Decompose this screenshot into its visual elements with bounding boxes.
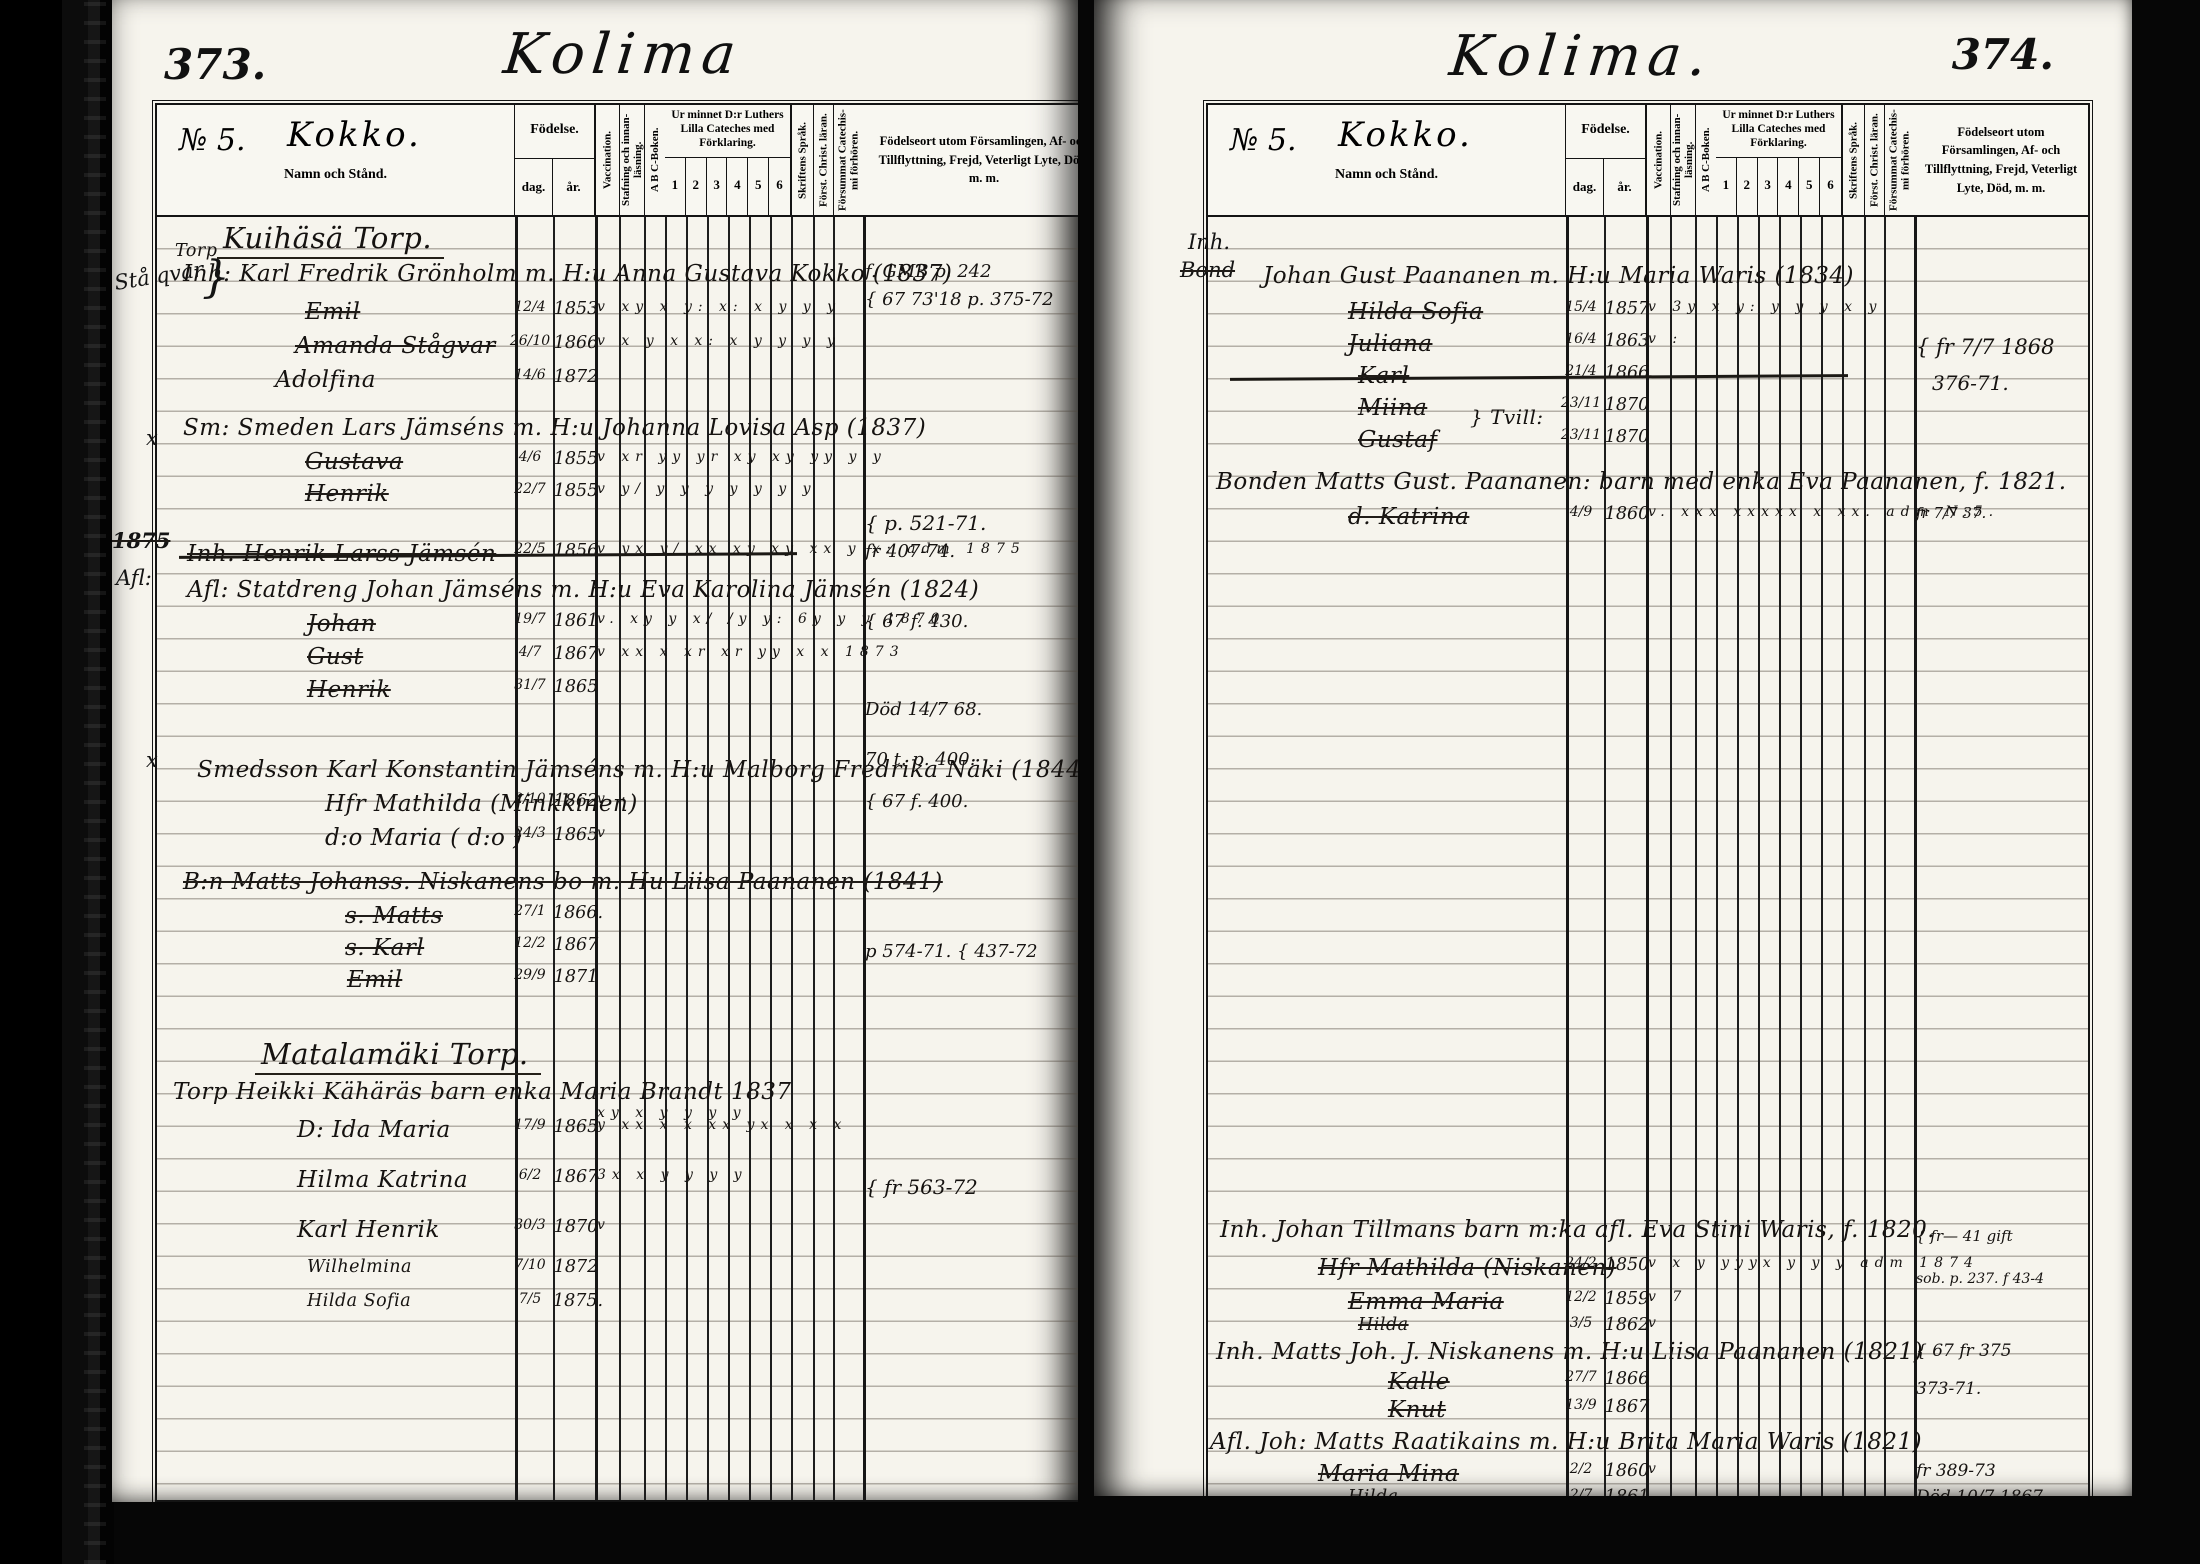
entry-name: Emil bbox=[305, 299, 360, 325]
note: { 67 fr 375 bbox=[1916, 1341, 2012, 1361]
col-scripture: Skriftens Språk. bbox=[791, 105, 813, 215]
running-title: Kolima bbox=[501, 22, 746, 87]
birth-year: 1872 bbox=[553, 1257, 599, 1277]
birth-year: 1870 bbox=[553, 1217, 599, 1237]
register-table-left: № 5. Kokko. Namn och Stånd. Födelse. dag… bbox=[155, 103, 1078, 1502]
exam-marks: v : bbox=[1648, 331, 1683, 347]
entry-name: Hilma Katrina bbox=[297, 1167, 468, 1193]
table-header: № 5. Kokko. Namn och Stånd. Födelse. dag… bbox=[157, 105, 1078, 217]
birth-year: 1862 bbox=[1604, 1315, 1650, 1335]
birth-year: 1860 bbox=[1604, 504, 1650, 524]
exam-marks: v bbox=[597, 1217, 611, 1233]
entry-name: Kalle bbox=[1388, 1369, 1450, 1395]
birth-day: 21/4 bbox=[1558, 363, 1604, 379]
birth-year: 1866 bbox=[1604, 363, 1650, 383]
exam-marks: v xr yy yr xy xy yy y y bbox=[597, 449, 887, 465]
entry-name: Bonden Matts Gust. Paananen: barn med en… bbox=[1216, 469, 2067, 495]
birth-day: 6/2 bbox=[507, 1167, 553, 1183]
scanned-spread: 373. Kolima Stå qvar } x 1875 Afl: x № 5… bbox=[0, 0, 2200, 1564]
birth-day: 15/4 bbox=[1558, 299, 1604, 315]
register-table-right: № 5. Kokko. Namn och Stånd. Födelse. dag… bbox=[1206, 103, 2090, 1496]
exam-marks: y xx x x xx yx x x x bbox=[597, 1117, 847, 1133]
birth-year: 1866 bbox=[1604, 1369, 1650, 1389]
entry-name: Inh. Henrik Larss Jämsén bbox=[187, 541, 496, 567]
note: fr 389-73 bbox=[1916, 1461, 1996, 1481]
birth-day: 7/10 bbox=[507, 1257, 553, 1273]
birth-year: 1853 bbox=[553, 299, 599, 319]
section-heading: Kuihäsä Torp. bbox=[217, 221, 444, 259]
note: { fr 563-72 bbox=[865, 1175, 978, 1199]
name-col-label: Namn och Stånd. bbox=[157, 167, 514, 183]
exam-marks: v bbox=[1648, 1315, 1662, 1331]
birth-day: 4/7 bbox=[507, 644, 553, 660]
entry-name: Inh: Karl Fredrik Grönholm m. H:u Anna G… bbox=[183, 261, 952, 287]
note: Död 10/7 1867 bbox=[1916, 1487, 2043, 1496]
entry-name: Gustava bbox=[305, 449, 403, 475]
col-name-header: № 5. Kokko. Namn och Stånd. bbox=[157, 105, 515, 215]
table-body: Johan Gust Paananen m. H:u Maria Waris (… bbox=[1208, 217, 2088, 1496]
col-year: år. bbox=[1604, 159, 1645, 215]
note: 373-71. bbox=[1916, 1379, 1981, 1399]
exam-marks: v y/ y y y y y y y bbox=[597, 481, 817, 497]
page-number: 373. bbox=[164, 40, 266, 89]
exam-marks: v bbox=[1648, 1461, 1662, 1477]
col-missed: Försummat Catechis- mi förhören. bbox=[833, 105, 863, 215]
note: f. GMB p. 242 bbox=[865, 261, 992, 282]
entry-name: Hilda bbox=[1358, 1315, 1409, 1335]
entry-name: Gust bbox=[307, 644, 363, 670]
col-name-header: № 5. Kokko. Namn och Stånd. bbox=[1208, 105, 1566, 215]
entry-name: Gustaf bbox=[1358, 427, 1437, 453]
margin-note-inh: Inh. bbox=[1188, 230, 1230, 254]
col-abc-book: A B C-Boken. bbox=[644, 105, 665, 215]
birth-year: 1860 bbox=[1604, 1461, 1650, 1481]
note: 70 t. p. 400. bbox=[865, 749, 975, 770]
entry-name: Afl. Joh: Matts Raatikains m. H:u Brita … bbox=[1210, 1429, 1922, 1455]
section-heading: Matalamäki Torp. bbox=[255, 1037, 541, 1075]
birth-day: 27/7 bbox=[1558, 1369, 1604, 1385]
col-notes: Födelseort utom Församlingen, Af- och Ti… bbox=[863, 105, 1078, 215]
birth-year: 1850 bbox=[1604, 1255, 1650, 1275]
entry-name: Afl: Statdreng Johan Jämséns m. H:u Eva … bbox=[187, 577, 979, 603]
margin-x: x bbox=[146, 426, 158, 450]
birth-year: 1855 bbox=[553, 449, 599, 469]
col-catechism: Ur minnet D:r Luthers Lilla Cateches med… bbox=[1716, 105, 1842, 215]
entry-name: Juliana bbox=[1348, 331, 1432, 357]
col-christianity: Först. Christ. läran. bbox=[813, 105, 833, 215]
entry-name: Karl Henrik bbox=[297, 1217, 440, 1243]
birth-day: 12/4 bbox=[507, 299, 553, 315]
birth-day: 26/10 bbox=[507, 333, 553, 349]
birth-year: 1872 bbox=[553, 367, 599, 387]
page-left: 373. Kolima Stå qvar } x 1875 Afl: x № 5… bbox=[112, 0, 1078, 1502]
entry-name: s. Karl bbox=[345, 935, 424, 961]
entry-name: Hilda bbox=[1348, 1487, 1399, 1496]
entry-name: Sm: Smeden Lars Jämséns m. H:u Johanna L… bbox=[183, 415, 926, 441]
birth-day: 2/2 bbox=[1558, 1461, 1604, 1477]
note: { fr— 41 gift bbox=[1916, 1227, 2013, 1245]
entry-name: Johan bbox=[307, 611, 376, 637]
entry-name: B:n Matts Johanss. Niskanens bo m. Hu Li… bbox=[183, 869, 943, 895]
birth-year: 1866 bbox=[553, 333, 599, 353]
entry-name: Miina bbox=[1358, 395, 1427, 421]
birth-day: 22/7 bbox=[507, 481, 553, 497]
birth-year: 1870 bbox=[1604, 395, 1650, 415]
birth-year: 1855 bbox=[553, 481, 599, 501]
margin-afl: Afl: bbox=[116, 566, 152, 590]
exam-marks: v bbox=[597, 825, 611, 841]
col-notes: Födelseort utom Församlingen, Af- och Ti… bbox=[1914, 105, 2088, 215]
exam-marks: v 3y x y: y y y x y bbox=[1648, 299, 1882, 315]
col-day: dag. bbox=[1566, 159, 1604, 215]
entry-name: Inh. Matts Joh. J. Niskanens m. H:u Liis… bbox=[1216, 1339, 1923, 1365]
birth-year: 1866. bbox=[553, 903, 599, 923]
exam-marks: v x y x x: x y y y y bbox=[597, 333, 841, 349]
entry-name: Knut bbox=[1388, 1397, 1446, 1423]
entry-name: d. Katrina bbox=[1348, 504, 1469, 530]
birth-day: 24/2 bbox=[1558, 1255, 1604, 1271]
birth-day: 2/10 bbox=[507, 791, 553, 807]
birth-day: 23/11 bbox=[1558, 427, 1604, 443]
entry-name: Hilda Sofia bbox=[307, 1291, 411, 1311]
birth-year: 1867 bbox=[553, 935, 599, 955]
birth-year: 1857 bbox=[1604, 299, 1650, 319]
col-day: dag. bbox=[515, 159, 553, 215]
birth-day: 2/7 bbox=[1558, 1487, 1604, 1496]
exam-marks: v 7 bbox=[1648, 1289, 1687, 1305]
birth-day: 14/6 bbox=[507, 367, 553, 383]
exam-marks: v xy x y: x: x y y y bbox=[597, 299, 841, 315]
birth-year: 1871 bbox=[553, 967, 599, 987]
birth-day: 4/6 bbox=[507, 449, 553, 465]
col-birth-header: Födelse. dag. år. bbox=[515, 105, 595, 215]
birth-day: 4/9 bbox=[1558, 504, 1604, 520]
series-number: № 5. bbox=[1230, 123, 1297, 158]
exam-marks: v yx y/ xx xy xy xx y x: adm 1875 bbox=[597, 541, 1026, 557]
note: Död 14/7 68. bbox=[865, 699, 982, 720]
birth-year: 1865 bbox=[553, 825, 599, 845]
col-spelling: Stafning och innan-läsning. bbox=[1670, 105, 1695, 215]
margin-x: x bbox=[146, 748, 158, 772]
table-body: Kuihäsä Torp. Torp Inh: Karl Fredrik Grö… bbox=[157, 217, 1078, 1500]
note: sob. p. 237. f 43-4 bbox=[1916, 1271, 2044, 1287]
note: { 67 f. 400. bbox=[865, 791, 968, 812]
col-christianity: Först. Christ. läran. bbox=[1864, 105, 1884, 215]
note: fr 7/7 37. bbox=[1916, 504, 1986, 522]
birth-year: 1861 bbox=[553, 611, 599, 631]
col-spelling: Stafning och innan-läsning. bbox=[619, 105, 644, 215]
entry-name: Maria Mina bbox=[1318, 1461, 1459, 1487]
birth-year: 1867 bbox=[553, 644, 599, 664]
birth-day: 17/9 bbox=[507, 1117, 553, 1133]
name-col-label: Namn och Stånd. bbox=[1208, 167, 1565, 183]
exam-marks: v · bbox=[597, 791, 632, 807]
exam-marks: v xx x xr xr yy x x 1873 bbox=[597, 644, 905, 660]
note: { fr 7/7 1868 bbox=[1916, 335, 2054, 359]
col-scripture: Skriftens Språk. bbox=[1842, 105, 1864, 215]
entry-name: Karl bbox=[1358, 363, 1409, 389]
note: { 67 73'18 p. 375-72 bbox=[865, 289, 1054, 310]
note: { 67 f. 430. bbox=[865, 611, 968, 632]
table-header: № 5. Kokko. Namn och Stånd. Födelse. dag… bbox=[1208, 105, 2088, 217]
birth-day: 19/7 bbox=[507, 611, 553, 627]
series-number: № 5. bbox=[179, 123, 246, 158]
birth-day: 29/9 bbox=[507, 967, 553, 983]
col-missed: Försummat Catechis- mi förhören. bbox=[1884, 105, 1914, 215]
birth-day: 12/2 bbox=[1558, 1289, 1604, 1305]
margin-note-bond: Bond bbox=[1180, 258, 1235, 282]
birth-year: 1865 bbox=[553, 677, 599, 697]
running-title: Kolima. bbox=[1447, 24, 1717, 89]
birth-day: 31/7 bbox=[507, 677, 553, 693]
note: fr 407-74. bbox=[865, 541, 955, 562]
col-catechism: Ur minnet D:r Luthers Lilla Cateches med… bbox=[665, 105, 791, 215]
entry-name: Emil bbox=[347, 967, 402, 993]
margin-adm-year: 1875 bbox=[112, 528, 170, 553]
birth-day: 24/3 bbox=[507, 825, 553, 841]
birth-year: 1867 bbox=[553, 1167, 599, 1187]
birth-year: 1865 bbox=[553, 1117, 599, 1137]
birth-year: 1875. bbox=[553, 1291, 599, 1311]
entry-name: Henrik bbox=[305, 481, 389, 507]
birth-year: 1863 bbox=[1604, 331, 1650, 351]
birth-day: 30/3 bbox=[507, 1217, 553, 1233]
entry-name: Henrik bbox=[307, 677, 391, 703]
birth-day: 23/11 bbox=[1558, 395, 1604, 411]
birth-day: 3/5 bbox=[1558, 1315, 1604, 1331]
birth-year: 1867 bbox=[1604, 1397, 1650, 1417]
margin-brace: } bbox=[202, 252, 230, 303]
birth-day: 16/4 bbox=[1558, 331, 1604, 347]
entry-name: Wilhelmina bbox=[307, 1257, 412, 1277]
birth-year: 1859 bbox=[1604, 1289, 1650, 1309]
col-vaccination: Vaccination. bbox=[595, 105, 619, 215]
entry-name: Hilda Sofia bbox=[1348, 299, 1483, 325]
entry-name: Adolfina bbox=[275, 367, 376, 393]
entry-name: s. Matts bbox=[345, 903, 443, 929]
scan-left-edge bbox=[0, 0, 114, 1564]
twins-note: } Tvill: bbox=[1470, 405, 1544, 429]
col-birth-header: Födelse. dag. år. bbox=[1566, 105, 1646, 215]
page-number: 374. bbox=[1952, 30, 2054, 79]
note: 376-71. bbox=[1932, 371, 2009, 395]
birth-day: 22/5 bbox=[507, 541, 553, 557]
birth-year: 1862 bbox=[553, 791, 599, 811]
birth-year: 1861 bbox=[1604, 1487, 1650, 1496]
birth-day: 27/1 bbox=[507, 903, 553, 919]
note: p 574-71. { 437-72 bbox=[865, 941, 1038, 962]
entry-name: Inh. Johan Tillmans barn m:ka afl. Eva S… bbox=[1220, 1217, 1935, 1243]
birth-day: 7/5 bbox=[507, 1291, 553, 1307]
birth-day: 13/9 bbox=[1558, 1397, 1604, 1413]
entry-name: D: Ida Maria bbox=[297, 1117, 451, 1143]
birth-year: 1856 bbox=[553, 541, 599, 561]
family-name: Kokko. bbox=[287, 115, 422, 155]
birth-day: 12/2 bbox=[507, 935, 553, 951]
entry-name: Emma Maria bbox=[1348, 1289, 1504, 1315]
entry-name: Amanda Stågvar bbox=[295, 333, 496, 359]
exam-marks: 3x x y y y y bbox=[597, 1167, 748, 1183]
col-abc-book: A B C-Boken. bbox=[1695, 105, 1716, 215]
entry-name: Torp Heikki Kähäräs barn enka Maria Bran… bbox=[173, 1079, 792, 1105]
entry-name: d:o Maria ( d:o ) bbox=[325, 825, 523, 851]
family-name: Kokko. bbox=[1338, 115, 1473, 155]
entry-name: Johan Gust Paananen m. H:u Maria Waris (… bbox=[1263, 263, 1854, 289]
note: { p. 521-71. bbox=[865, 511, 986, 535]
page-right: 374. Kolima. Inh. Bond № 5. Kokko. Namn … bbox=[1094, 0, 2132, 1496]
exam-marks: v x y yyyx y y y adm 1874 bbox=[1648, 1255, 1979, 1271]
col-year: år. bbox=[553, 159, 594, 215]
birth-year: 1870 bbox=[1604, 427, 1650, 447]
col-vaccination: Vaccination. bbox=[1646, 105, 1670, 215]
